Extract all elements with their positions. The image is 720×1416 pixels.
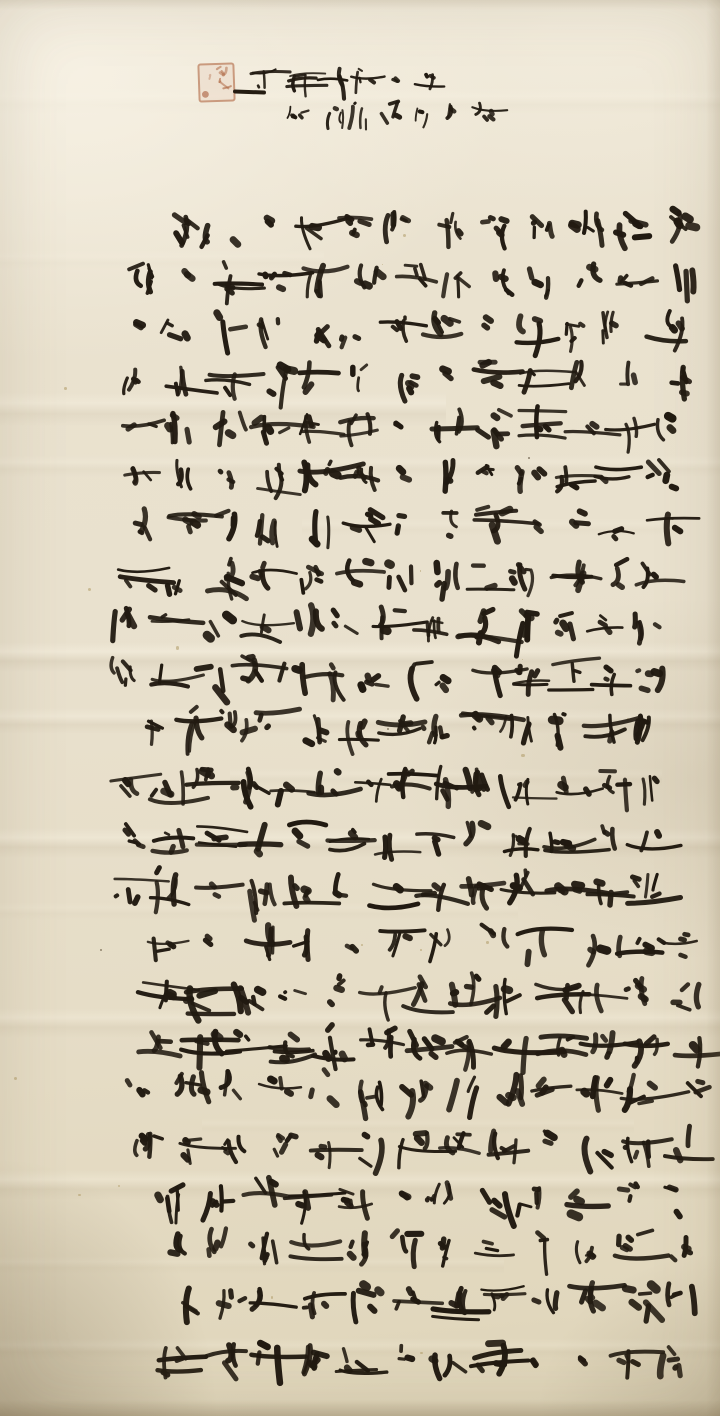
calligraphy-photo xyxy=(0,0,720,1416)
photo-vignette xyxy=(0,0,720,1416)
